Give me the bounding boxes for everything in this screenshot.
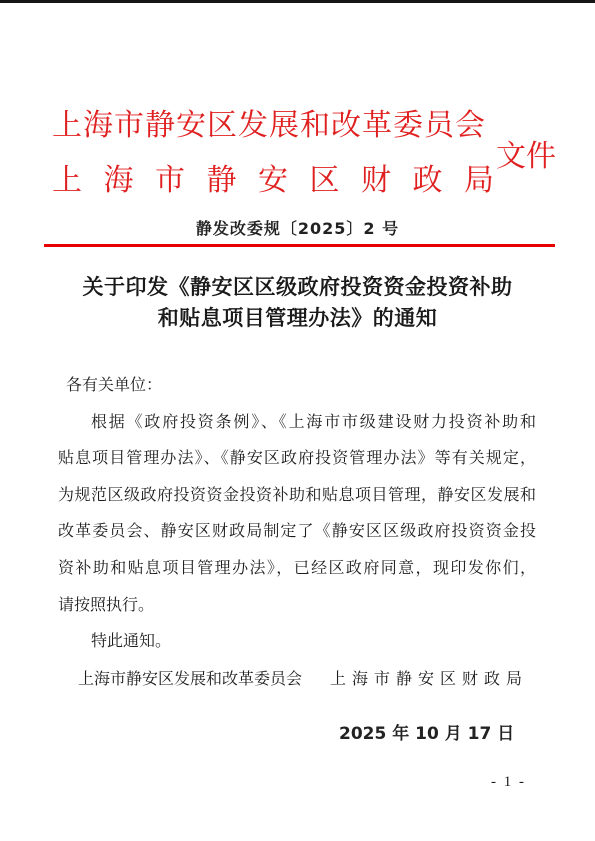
closing-line: 特此通知。 [58, 624, 536, 661]
document-title: 关于印发《静安区区级政府投资资金投资补助 和贴息项目管理办法》的通知 [0, 272, 595, 334]
issuing-agencies: 上海市静安区发展和改革委员会 上海市静安区财政局 [52, 98, 492, 208]
page-number: - 1 - [491, 774, 526, 791]
document-page: 上海市静安区发展和改革委员会 上海市静安区财政局 文件 静发改委规〔2025〕2… [0, 0, 595, 841]
signature-line: 上海市静安区发展和改革委员会上海市静安区财政局 [78, 668, 528, 692]
title-line-1: 关于印发《静安区区级政府投资资金投资补助 [0, 272, 595, 303]
title-line-2: 和贴息项目管理办法》的通知 [0, 303, 595, 334]
red-divider-line [44, 244, 555, 247]
document-number: 静发改委规〔2025〕2 号 [0, 216, 595, 239]
top-border [0, 0, 595, 3]
body-line-5: 资补助和贴息项目管理办法》，已经区政府同意，现印发你们， [58, 551, 536, 588]
document-type-label: 文件 [496, 131, 556, 175]
body-line-2: 贴息项目管理办法》、《静安区政府投资管理办法》等有关规定， [58, 441, 536, 478]
signature-agency-1: 上海市静安区发展和改革委员会 [78, 671, 302, 688]
body-line-4: 改革委员会、静安区财政局制定了《静安区区级政府投资资金投 [58, 514, 536, 551]
document-date: 2025 年 10 月 17 日 [339, 719, 514, 744]
body-line-3: 为规范区级政府投资资金投资补助和贴息项目管理，静安区发展和 [58, 478, 536, 515]
body-line-6: 请按照执行。 [58, 588, 536, 625]
agency-name-finance-bureau: 上海市静安区财政局 [52, 153, 492, 208]
salutation: 各有关单位： [58, 368, 536, 405]
signature-agency-2: 上海市静安区财政局 [330, 671, 528, 688]
body-line-1: 根据《政府投资条例》、《上海市市级建设财力投资补助和 [58, 405, 536, 442]
letterhead: 上海市静安区发展和改革委员会 上海市静安区财政局 文件 [52, 98, 561, 208]
document-body: 各有关单位： 根据《政府投资条例》、《上海市市级建设财力投资补助和 贴息项目管理… [58, 368, 536, 661]
agency-name-development-reform-commission: 上海市静安区发展和改革委员会 [52, 98, 492, 153]
